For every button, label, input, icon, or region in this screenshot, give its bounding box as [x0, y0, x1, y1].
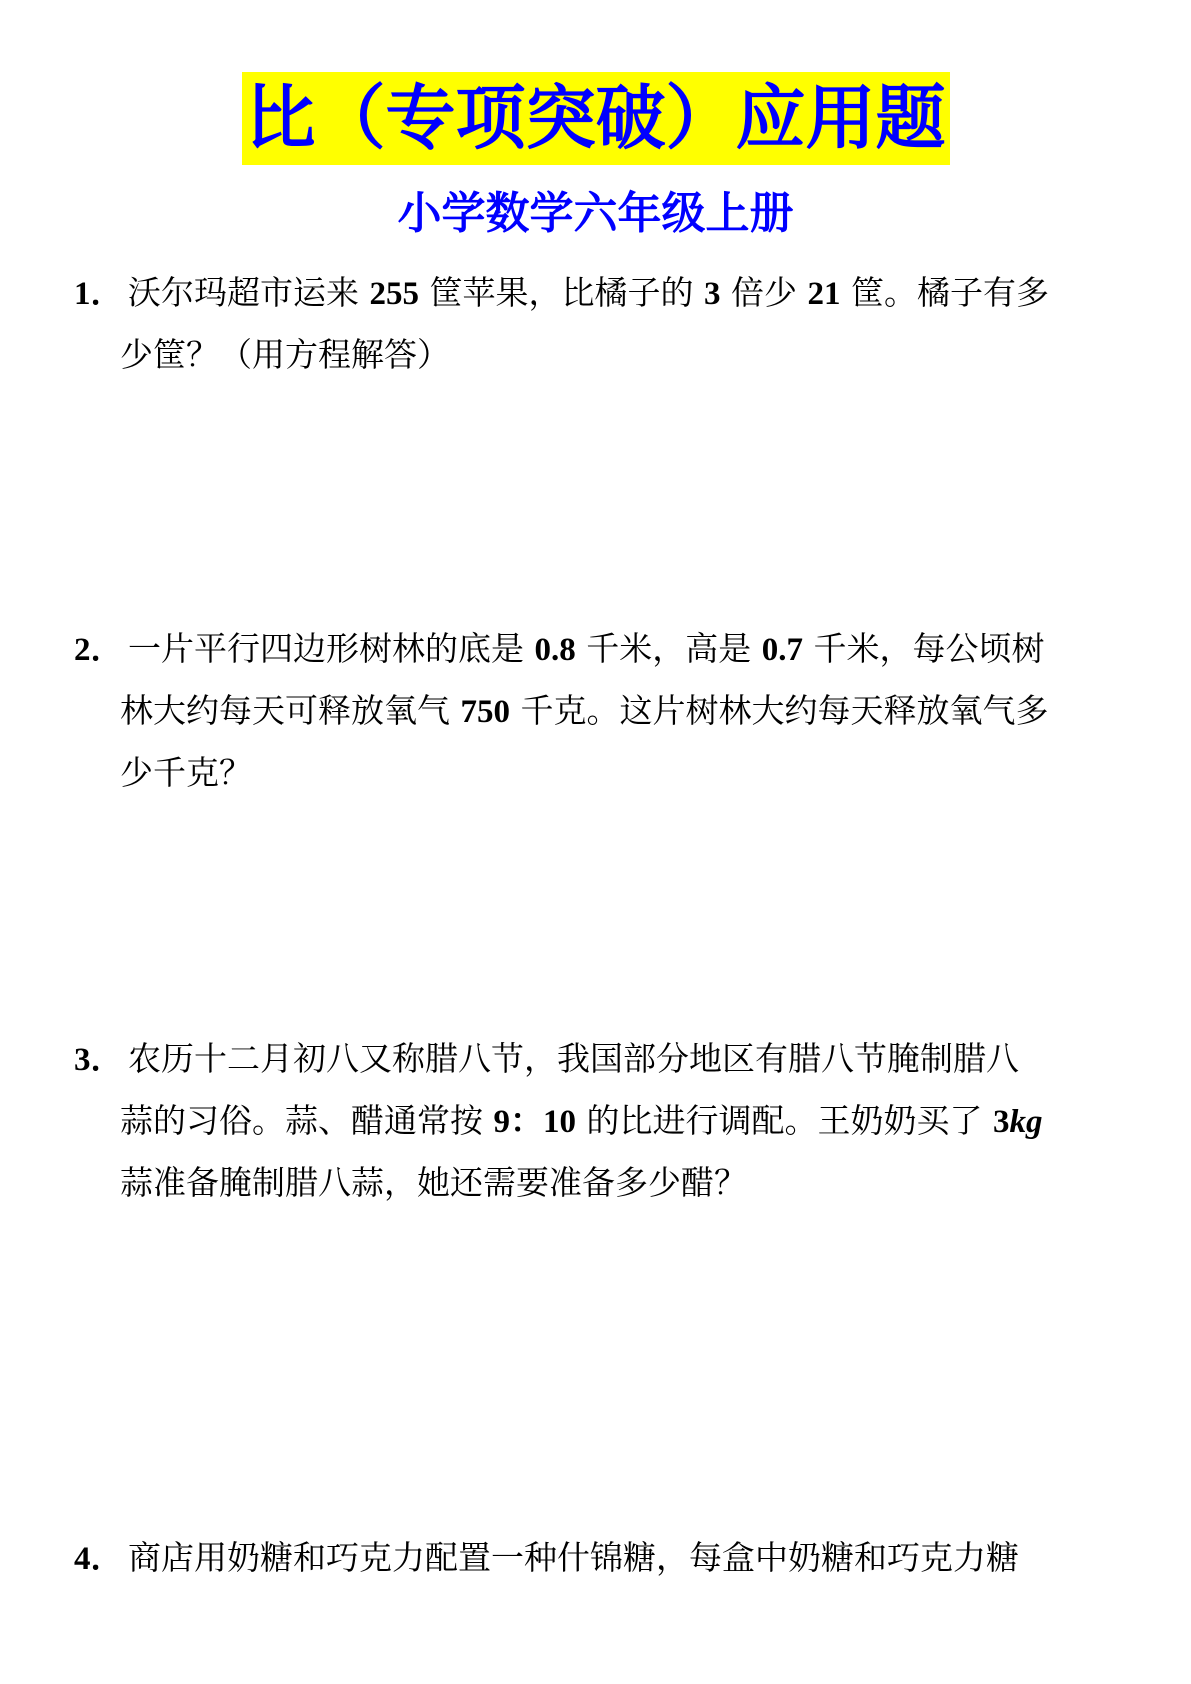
text-segment: 千米，高是	[576, 629, 762, 668]
question-line: 蒜准备腌制腊八蒜，她还需要准备多少醋？	[74, 1152, 1124, 1214]
question-line: 林大约每天可释放氧气 750 千克。这片树林大约每天释放氧气多	[74, 680, 1124, 742]
page-subtitle: 小学数学六年级上册	[0, 184, 1191, 244]
question-number: 1．	[74, 263, 128, 325]
number-value: 3	[704, 276, 721, 312]
question-line: 1．沃尔玛超市运来 255 筐苹果，比橘子的 3 倍少 21 筐。橘子有多	[74, 262, 1124, 324]
question-line: 2．一片平行四边形树林的底是 0.8 千米，高是 0.7 千米，每公顷树	[74, 618, 1124, 680]
text-segment: 蒜的习俗。蒜、醋通常按	[120, 1101, 494, 1140]
question-line: 少千克？	[74, 742, 1124, 804]
title-wrapper: 比（专项突破）应用题	[0, 72, 1191, 165]
number-value: 0.8	[535, 632, 576, 668]
text-segment: 沃尔玛超市运来	[128, 273, 370, 312]
question-number: 2．	[74, 619, 128, 681]
question-line: 3．农历十二月初八又称腊八节，我国部分地区有腊八节腌制腊八	[74, 1028, 1124, 1090]
number-value: 255	[370, 276, 420, 312]
number-value: 750	[461, 694, 511, 730]
text-segment: 千克。这片树林大约每天释放氧气多	[510, 691, 1049, 730]
ratio-value: 9：10	[494, 1104, 577, 1140]
question-1: 1．沃尔玛超市运来 255 筐苹果，比橘子的 3 倍少 21 筐。橘子有多 少筐…	[74, 262, 1124, 386]
question-2: 2．一片平行四边形树林的底是 0.8 千米，高是 0.7 千米，每公顷树 林大约…	[74, 618, 1124, 804]
text-segment: 一片平行四边形树林的底是	[128, 629, 535, 668]
text-segment: 蒜准备腌制腊八蒜，她还需要准备多少醋？	[120, 1163, 747, 1202]
question-line: 4．商店用奶糖和巧克力配置一种什锦糖，每盒中奶糖和巧克力糖	[74, 1527, 1124, 1589]
number-value: 21	[807, 276, 840, 312]
question-line: 蒜的习俗。蒜、醋通常按 9：10 的比进行调配。王奶奶买了 3kg	[74, 1090, 1124, 1152]
text-segment: 少千克？	[120, 753, 252, 792]
text-segment: 农历十二月初八又称腊八节，我国部分地区有腊八节腌制腊八	[128, 1039, 1019, 1078]
question-line: 少筐？（用方程解答）	[74, 324, 1124, 386]
question-4: 4．商店用奶糖和巧克力配置一种什锦糖，每盒中奶糖和巧克力糖	[74, 1527, 1124, 1589]
page-title: 比（专项突破）应用题	[242, 72, 950, 165]
text-segment: 商店用奶糖和巧克力配置一种什锦糖，每盒中奶糖和巧克力糖	[128, 1538, 1019, 1577]
text-segment: 林大约每天可释放氧气	[120, 691, 461, 730]
text-segment: 筐苹果，比橘子的	[419, 273, 704, 312]
text-segment: 筐。橘子有多	[840, 273, 1049, 312]
text-segment: 少筐？（用方程解答）	[120, 335, 450, 374]
number-value: 0.7	[762, 632, 803, 668]
question-number: 3．	[74, 1029, 128, 1091]
question-3: 3．农历十二月初八又称腊八节，我国部分地区有腊八节腌制腊八 蒜的习俗。蒜、醋通常…	[74, 1028, 1124, 1214]
question-number: 4．	[74, 1528, 128, 1590]
unit-text: kg	[1009, 1104, 1042, 1140]
number-value: 3	[993, 1104, 1010, 1140]
text-segment: 千米，每公顷树	[803, 629, 1045, 668]
text-segment: 倍少	[720, 273, 807, 312]
text-segment: 的比进行调配。王奶奶买了	[576, 1101, 993, 1140]
